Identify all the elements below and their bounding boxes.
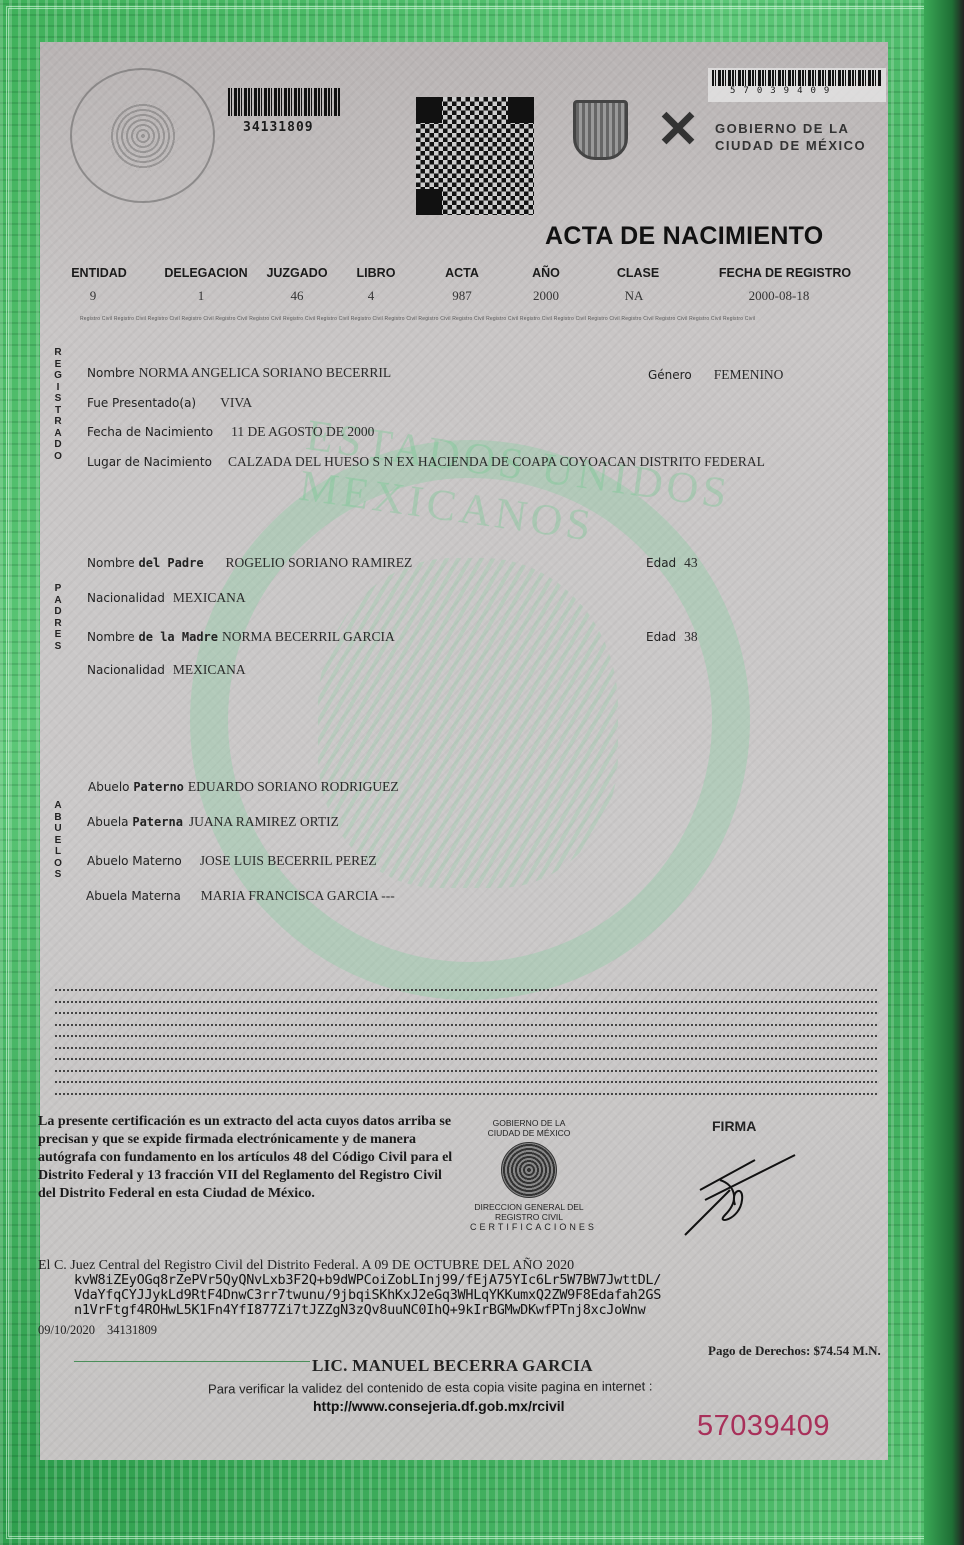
judge-name: LIC. MANUEL BECERRA GARCIA	[312, 1356, 593, 1376]
section-label-abuelos: ABUELOS	[52, 800, 64, 881]
qr-code-icon	[416, 97, 534, 215]
reg-delegacion: DELEGACION1	[160, 266, 252, 304]
cdmx-logo-icon: ✕	[648, 100, 708, 160]
reg-fecha-registro: FECHA DE REGISTRO2000-08-18	[712, 266, 858, 304]
eagle-icon	[108, 101, 178, 171]
issue-date-folio: 09/10/202034131809	[38, 1323, 157, 1338]
signature-line	[74, 1361, 310, 1362]
field-padre-nombre: Nombre del PadreROGELIO SORIANO RAMIREZ	[87, 555, 412, 571]
verify-instructions: Para verificar la validez del contenido …	[208, 1378, 653, 1396]
signature-icon	[680, 1145, 810, 1240]
eagle-seal-icon	[501, 1142, 557, 1198]
government-title: GOBIERNO DE LA CIUDAD DE MÉXICO	[715, 120, 866, 154]
field-abuelo-materno: Abuelo MaternoJOSE LUIS BECERRIL PEREZ	[87, 853, 377, 869]
reg-clase: CLASENA	[614, 266, 662, 304]
barcode-right-number: 57039409	[730, 86, 837, 96]
section-label-registrado: REGISTRADO	[52, 347, 64, 462]
field-abuela-materna: Abuela MaternaMARIA FRANCISCA GARCIA ---	[86, 888, 395, 904]
section-label-padres: PADRES	[52, 583, 64, 652]
dotted-line	[55, 989, 877, 991]
field-fecha-nacimiento: Fecha de Nacimiento11 DE AGOSTO DE 2000	[87, 424, 374, 440]
dotted-line	[55, 1001, 877, 1003]
payment-fee: Pago de Derechos: $74.54 M.N.	[708, 1343, 881, 1359]
reg-libro: LIBRO4	[354, 266, 398, 304]
reg-anio: AÑO2000	[526, 266, 566, 304]
field-genero: GéneroFEMENINO	[648, 367, 783, 383]
field-lugar-nacimiento: Lugar de NacimientoCALZADA DEL HUESO S N…	[87, 454, 765, 470]
field-padre-edad: Edad43	[646, 555, 698, 571]
dotted-line	[55, 1012, 877, 1014]
field-abuelo-paterno: Abuelo PaternoEDUARDO SORIANO RODRIGUEZ	[88, 779, 399, 795]
barcode-left-number: 34131809	[243, 120, 314, 135]
reg-entidad: ENTIDAD9	[68, 266, 130, 304]
barcode-right-icon	[712, 70, 882, 86]
firma-label: FIRMA	[712, 1118, 756, 1134]
registration-data: ENTIDAD9 DELEGACION1 JUZGADO46 LIBRO4 AC…	[0, 266, 964, 306]
frame-shadow	[924, 0, 964, 1545]
field-abuela-paterna: Abuela PaternaJUANA RAMIREZ ORTIZ	[87, 814, 339, 830]
dotted-line	[55, 1024, 877, 1026]
verify-url-link[interactable]: http://www.consejeria.df.gob.mx/rcivil	[313, 1398, 565, 1414]
digital-signature-hash: kvW8iZEyOGq8rZePVr5QyQNvLxb3F2Q+b9dWPCoi…	[74, 1273, 661, 1318]
dotted-line	[55, 1035, 877, 1037]
field-madre-edad: Edad38	[646, 629, 698, 645]
registro-civil-seal: GOBIERNO DE LA CIUDAD DE MÉXICO DIRECCIO…	[470, 1118, 588, 1232]
national-seal-icon	[70, 68, 215, 203]
dotted-line	[55, 1093, 877, 1095]
dotted-line	[55, 1070, 877, 1072]
cdmx-shield-icon	[573, 100, 628, 160]
field-nombre: NombreNORMA ANGELICA SORIANO BECERRIL	[87, 365, 391, 381]
dotted-line	[55, 1058, 877, 1060]
certificate-paper	[40, 42, 888, 1460]
dotted-line	[55, 1047, 877, 1049]
field-presentado: Fue Presentado(a)VIVA	[87, 395, 252, 411]
microprint-line: Registro Civil Registro Civil Registro C…	[80, 316, 860, 322]
legal-text: La presente certificación es un extracto…	[38, 1113, 458, 1203]
field-madre-nombre: Nombre de la MadreNORMA BECERRIL GARCIA	[87, 629, 395, 645]
red-folio-number: 57039409	[697, 1410, 830, 1443]
field-madre-nacionalidad: NacionalidadMEXICANA	[87, 662, 246, 678]
reg-juzgado: JUZGADO46	[264, 266, 330, 304]
document-title: ACTA DE NACIMIENTO	[545, 222, 824, 251]
field-padre-nacionalidad: NacionalidadMEXICANA	[87, 590, 246, 606]
dotted-line	[55, 1081, 877, 1083]
reg-acta: ACTA987	[440, 266, 484, 304]
barcode-left-icon	[228, 88, 340, 116]
